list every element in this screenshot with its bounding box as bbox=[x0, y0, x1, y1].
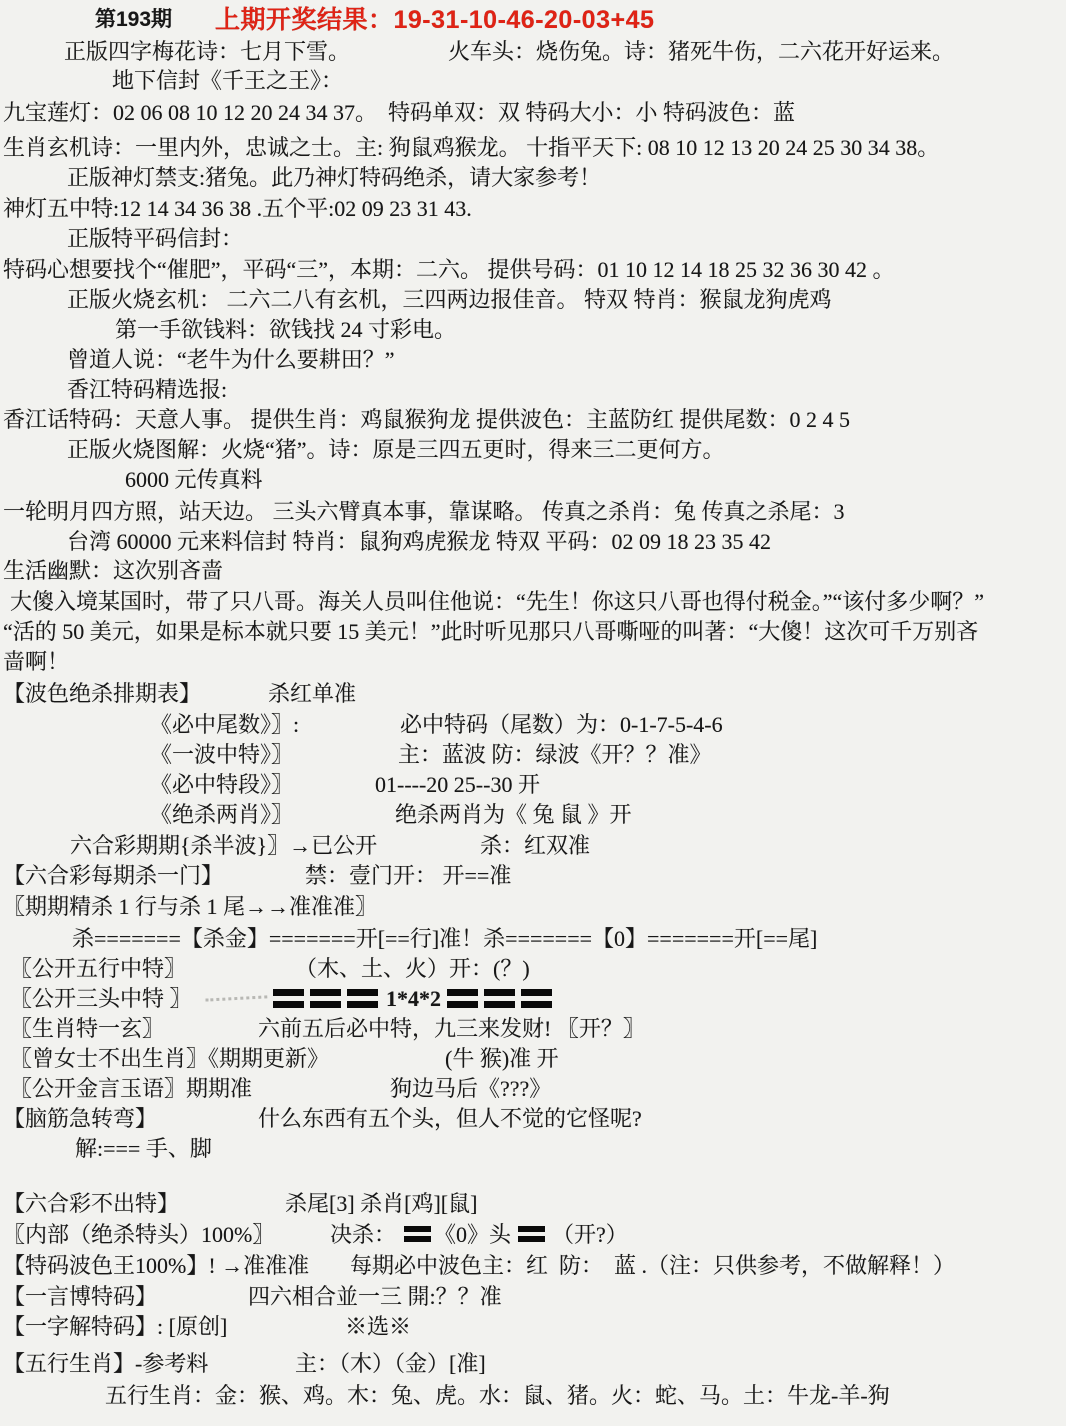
text-line: 〖生肖特一玄〗六前五后必中特，九三来发财! 〖开？〗 bbox=[0, 1015, 1066, 1045]
text-segment: 狗边马后《???》 bbox=[390, 1075, 551, 1103]
text-line: 特码心想要找个“催肥”，平码“三”，本期：二六。 提供号码：01 10 12 1… bbox=[0, 256, 1066, 286]
text-line: 解:=== 手、脚 bbox=[0, 1135, 1066, 1165]
black-bar-icon bbox=[347, 989, 378, 1008]
black-bar-icon bbox=[521, 989, 552, 1008]
text-segment: 杀红单准 bbox=[268, 680, 356, 708]
text-line: 第一手欲钱料：欲钱找 24 寸彩电。 bbox=[0, 316, 1066, 346]
text-segment: 生肖玄机诗：一里内外，忠诚之士。主: 狗鼠鸡猴龙。 十指平天下: 08 10 1… bbox=[3, 134, 939, 162]
text-segment: 【六合彩不出特】 bbox=[3, 1190, 179, 1218]
issue-number: 第193期 bbox=[95, 6, 172, 34]
text-line: 台湾 60000 元来料信封 特肖：鼠狗鸡虎猴龙 特双 平码：02 09 18 … bbox=[0, 528, 1066, 558]
text-segment: 〖期期精杀 1 行与杀 1 尾→→准准准〗 bbox=[3, 893, 377, 921]
text-segment: 主：蓝波 防：绿波《开？？准》 bbox=[398, 741, 712, 769]
text-segment: 杀=======【杀金】=======开[==行]准！杀=======【0】==… bbox=[72, 925, 817, 953]
text-segment: 【一言博特码】 bbox=[3, 1283, 157, 1311]
text-segment: 主：（木）（金）[准] bbox=[295, 1350, 486, 1378]
text-segment: 正版神灯禁支:猪兔。此乃神灯特码绝杀，请大家参考！ bbox=[67, 164, 601, 192]
text-segment: 啬啊！ bbox=[3, 648, 69, 676]
text-line: 【一言博特码】四六相合並一三 開:？？准 bbox=[0, 1283, 1066, 1313]
text-line: 【特码波色王100%】! →准准准每期必中波色主：红 防： 蓝 .（注：只供参考… bbox=[0, 1252, 1066, 1282]
text-segment: 〖公开三头中特 〗 bbox=[10, 985, 192, 1013]
text-segment: 特码心想要找个“催肥”，平码“三”，本期：二六。 提供号码：01 10 12 1… bbox=[3, 256, 895, 284]
black-bar-icon bbox=[310, 989, 341, 1008]
black-bar-icon bbox=[518, 1226, 545, 1242]
text-segment: 《必中特段》〗 bbox=[150, 771, 293, 799]
document-page: 第193期上期开奖结果：19-31-10-46-20-03+45正版四字梅花诗：… bbox=[0, 0, 1066, 1426]
black-bar-icon bbox=[404, 1226, 431, 1242]
text-segment: 正版特平码信封： bbox=[67, 225, 243, 253]
scribble-mark bbox=[205, 983, 268, 1001]
text-line: 【一字解特码】: [原创]※选※ bbox=[0, 1313, 1066, 1343]
text-segment: 每期必中波色主：红 防： 蓝 .（注：只供参考，不做解释！） bbox=[350, 1252, 955, 1280]
text-segment: 第一手欲钱料：欲钱找 24 寸彩电。 bbox=[115, 316, 456, 344]
text-segment: 一轮明月四方照，站天边。 三头六臂真本事，靠谋略。 传真之杀肖：兔 传真之杀尾：… bbox=[3, 498, 845, 526]
text-segment: 1*4*2 bbox=[386, 985, 441, 1013]
text-line: 正版特平码信封： bbox=[0, 225, 1066, 255]
text-segment: 绝杀两肖为《 兔 鼠 》开 bbox=[395, 801, 632, 829]
text-line: 大傻入境某国时，带了只八哥。海关人员叫住他说：“先生！你这只八哥也得付税金。”“… bbox=[0, 588, 1066, 618]
black-bars-icon bbox=[273, 985, 378, 1011]
text-line: 6000 元传真料 bbox=[0, 466, 1066, 496]
text-segment: 四六相合並一三 開:？？准 bbox=[248, 1283, 502, 1311]
text-line: 正版神灯禁支:猪兔。此乃神灯特码绝杀，请大家参考！ bbox=[0, 164, 1066, 194]
text-line: 【六合彩不出特】杀尾[3] 杀肖[鸡][鼠] bbox=[0, 1190, 1066, 1220]
text-line: 【五行生肖】-参考料主：（木）（金）[准] bbox=[0, 1350, 1066, 1380]
text-segment: 大傻入境某国时，带了只八哥。海关人员叫住他说：“先生！你这只八哥也得付税金。”“… bbox=[10, 588, 984, 616]
text-segment: 【五行生肖】-参考料 bbox=[3, 1350, 208, 1378]
text-segment: 〖公开五行中特〗 bbox=[10, 955, 186, 983]
text-segment: 地下信封《千王之王》： bbox=[112, 67, 343, 95]
text-segment: 六前五后必中特，九三来发财! 〖开？〗 bbox=[258, 1015, 645, 1043]
text-segment: 〖生肖特一玄〗 bbox=[10, 1015, 164, 1043]
text-segment: 台湾 60000 元来料信封 特肖：鼠狗鸡虎猴龙 特双 平码：02 09 18 … bbox=[67, 528, 771, 556]
text-segment: 曾道人说：“老牛为什么要耕田？” bbox=[67, 346, 395, 374]
text-line: 地下信封《千王之王》： bbox=[0, 67, 1066, 97]
text-segment: 〖公开金言玉语〗期期准 bbox=[10, 1075, 252, 1103]
text-segment: 【波色绝杀排期表】 bbox=[3, 680, 201, 708]
text-segment: 九宝莲灯：02 06 08 10 12 20 24 34 37。 特码单双：双 … bbox=[3, 99, 795, 127]
text-line: 正版四字梅花诗：七月下雪。火车头：烧伤兔。诗：猪死牛伤，二六花开好运来。 bbox=[0, 38, 1066, 68]
text-line: 〖公开金言玉语〗期期准狗边马后《???》 bbox=[0, 1075, 1066, 1105]
text-segment: （开?） bbox=[552, 1221, 628, 1249]
text-segment: 《0》头 bbox=[434, 1221, 511, 1249]
text-segment: 香江特码精选报: bbox=[67, 376, 227, 404]
text-line: 香江特码精选报: bbox=[0, 376, 1066, 406]
text-segment: 神灯五中特:12 14 34 36 38 .五个平:02 09 23 31 43… bbox=[3, 195, 472, 223]
text-segment: 五行生肖：金：猴、鸡。木：兔、虎。水：鼠、猪。火：蛇、马。土：牛龙-羊-狗 bbox=[105, 1382, 890, 1410]
text-segment: 解:=== 手、脚 bbox=[75, 1135, 212, 1163]
text-line: 正版火烧图解：火烧“猪”。诗：原是三四五更时，得来三二更何方。 bbox=[0, 436, 1066, 466]
text-line: 第193期上期开奖结果：19-31-10-46-20-03+45 bbox=[0, 6, 1066, 36]
black-bar-icon bbox=[484, 989, 515, 1008]
black-bar-icon bbox=[447, 989, 478, 1008]
text-segment: 01----20 25--30 开 bbox=[375, 771, 540, 799]
black-bars-icon bbox=[447, 985, 552, 1011]
text-segment: 【六合彩每期杀一门】 bbox=[3, 862, 223, 890]
text-segment: 〖曾女士不出生肖〗《期期更新》 bbox=[10, 1045, 329, 1073]
text-segment: 《必中尾数》〗: bbox=[150, 711, 299, 739]
text-segment: 香江话特码：天意人事。 提供生肖：鸡鼠猴狗龙 提供波色：主蓝防红 提供尾数：0 … bbox=[3, 406, 850, 434]
text-line: 啬啊！ bbox=[0, 648, 1066, 678]
text-line: 《一波中特》〗主：蓝波 防：绿波《开？？准》 bbox=[0, 741, 1066, 771]
text-segment: 〖内部（绝杀特头）100%〗 bbox=[3, 1221, 274, 1249]
black-bars-icon bbox=[518, 1221, 545, 1247]
text-segment: （木、土、火）开：(？) bbox=[295, 955, 530, 983]
text-line: 五行生肖：金：猴、鸡。木：兔、虎。水：鼠、猪。火：蛇、马。土：牛龙-羊-狗 bbox=[0, 1382, 1066, 1412]
text-segment: 杀尾[3] 杀肖[鸡][鼠] bbox=[285, 1190, 477, 1218]
text-line: 【波色绝杀排期表】杀红单准 bbox=[0, 680, 1066, 710]
text-segment: 决杀： bbox=[330, 1221, 396, 1249]
text-segment: 六合彩期期{杀半波}〗→已公开 bbox=[70, 832, 377, 860]
text-segment: ※选※ bbox=[345, 1313, 411, 1341]
text-segment: 杀：红双准 bbox=[480, 832, 590, 860]
text-line: 〖公开五行中特〗（木、土、火）开：(？) bbox=[0, 955, 1066, 985]
text-line: 【六合彩每期杀一门】禁：壹门开： 开==准 bbox=[0, 862, 1066, 892]
text-line: 杀=======【杀金】=======开[==行]准！杀=======【0】==… bbox=[0, 925, 1066, 955]
text-segment: 【一字解特码】: [原创] bbox=[3, 1313, 227, 1341]
text-line: 《必中尾数》〗:必中特码（尾数）为：0-1-7-5-4-6 bbox=[0, 711, 1066, 741]
text-line: 《必中特段》〗01----20 25--30 开 bbox=[0, 771, 1066, 801]
text-line: 一轮明月四方照，站天边。 三头六臂真本事，靠谋略。 传真之杀肖：兔 传真之杀尾：… bbox=[0, 498, 1066, 528]
previous-draw-result: 上期开奖结果：19-31-10-46-20-03+45 bbox=[215, 6, 654, 34]
text-line: 〖公开三头中特 〗1*4*2 bbox=[0, 985, 1066, 1015]
text-segment: 什么东西有五个头，但人不觉的它怪呢? bbox=[258, 1105, 642, 1133]
text-segment: (牛 猴)准 开 bbox=[445, 1045, 559, 1073]
text-segment: 《一波中特》〗 bbox=[150, 741, 293, 769]
text-line: 香江话特码：天意人事。 提供生肖：鸡鼠猴狗龙 提供波色：主蓝防红 提供尾数：0 … bbox=[0, 406, 1066, 436]
text-segment: 正版火烧玄机： 二六二八有玄机，三四两边报佳音。 特双 特肖：猴鼠龙狗虎鸡 bbox=[67, 286, 832, 314]
text-line: 【脑筋急转弯】什么东西有五个头，但人不觉的它怪呢? bbox=[0, 1105, 1066, 1135]
text-segment: 【特码波色王100%】! →准准准 bbox=[3, 1252, 309, 1280]
black-bars-icon bbox=[404, 1221, 431, 1247]
text-segment: 6000 元传真料 bbox=[125, 466, 263, 494]
text-line: 《绝杀两肖》〗绝杀两肖为《 兔 鼠 》开 bbox=[0, 801, 1066, 831]
text-segment: 禁：壹门开： 开==准 bbox=[305, 862, 511, 890]
text-line: 〖曾女士不出生肖〗《期期更新》(牛 猴)准 开 bbox=[0, 1045, 1066, 1075]
text-segment: 火车头：烧伤兔。诗：猪死牛伤，二六花开好运来。 bbox=[448, 38, 954, 66]
text-line: 生活幽默：这次别吝啬 bbox=[0, 557, 1066, 587]
text-line: 〖内部（绝杀特头）100%〗决杀：《0》头（开?） bbox=[0, 1221, 1066, 1251]
text-segment: 【脑筋急转弯】 bbox=[3, 1105, 157, 1133]
text-line: 正版火烧玄机： 二六二八有玄机，三四两边报佳音。 特双 特肖：猴鼠龙狗虎鸡 bbox=[0, 286, 1066, 316]
text-line: 〖期期精杀 1 行与杀 1 尾→→准准准〗 bbox=[0, 893, 1066, 923]
text-segment: 生活幽默：这次别吝啬 bbox=[3, 557, 223, 585]
text-line: 神灯五中特:12 14 34 36 38 .五个平:02 09 23 31 43… bbox=[0, 195, 1066, 225]
text-line: 九宝莲灯：02 06 08 10 12 20 24 34 37。 特码单双：双 … bbox=[0, 99, 1066, 129]
text-line: “活的 50 美元，如果是标本就只要 15 美元！”此时听见那只八哥嘶哑的叫著：… bbox=[0, 618, 1066, 648]
text-line: 生肖玄机诗：一里内外，忠诚之士。主: 狗鼠鸡猴龙。 十指平天下: 08 10 1… bbox=[0, 134, 1066, 164]
text-segment: 正版火烧图解：火烧“猪”。诗：原是三四五更时，得来三二更何方。 bbox=[67, 436, 725, 464]
text-segment: 必中特码（尾数）为：0-1-7-5-4-6 bbox=[400, 711, 723, 739]
black-bar-icon bbox=[273, 989, 304, 1008]
text-line: 曾道人说：“老牛为什么要耕田？” bbox=[0, 346, 1066, 376]
text-line: 六合彩期期{杀半波}〗→已公开杀：红双准 bbox=[0, 832, 1066, 862]
text-segment: “活的 50 美元，如果是标本就只要 15 美元！”此时听见那只八哥嘶哑的叫著：… bbox=[3, 618, 978, 646]
text-segment: 《绝杀两肖》〗 bbox=[150, 801, 293, 829]
text-segment: 正版四字梅花诗：七月下雪。 bbox=[64, 38, 350, 66]
